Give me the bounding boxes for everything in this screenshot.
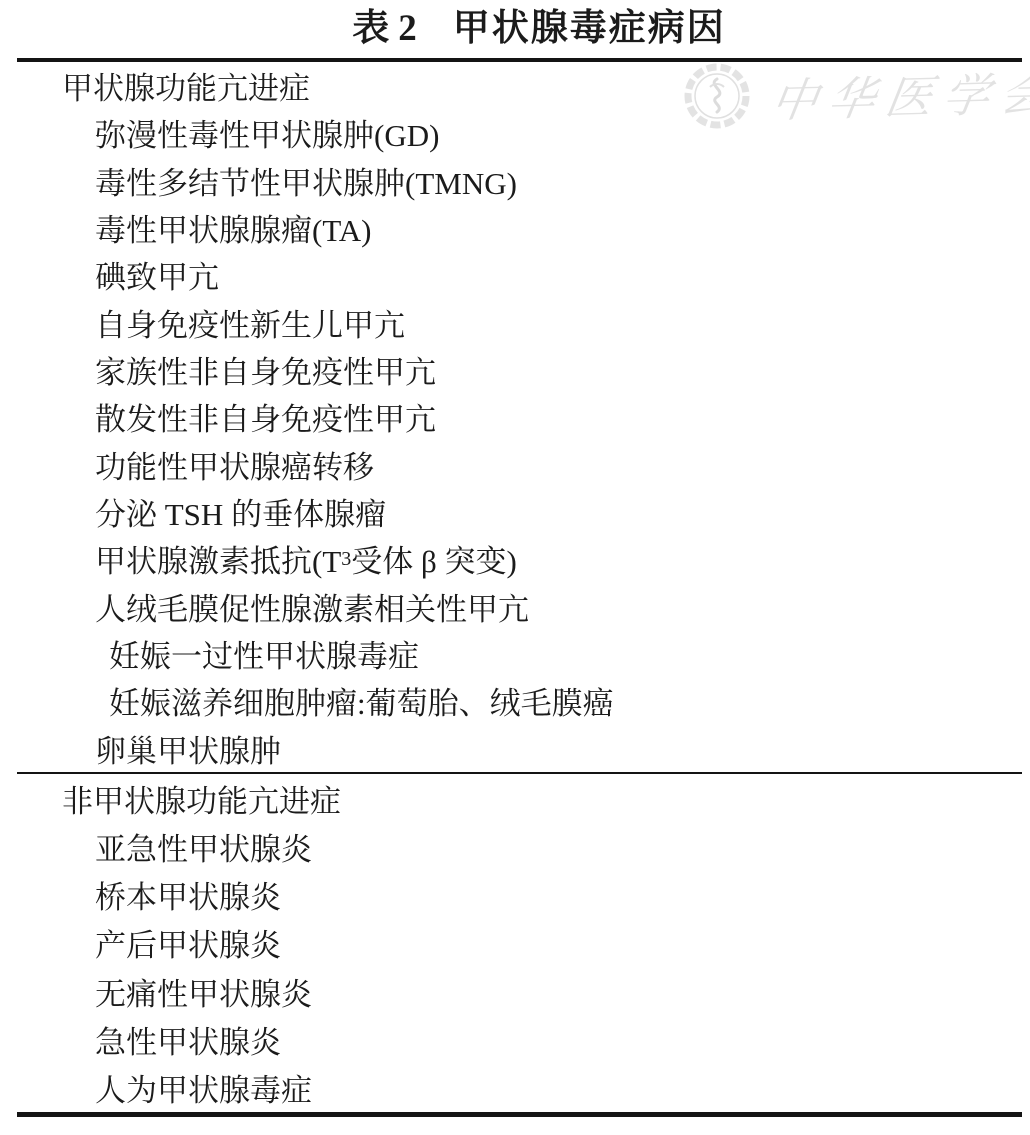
row-text: 碘致甲亢 bbox=[95, 252, 219, 297]
row-text-post: 受体 β 突变) bbox=[351, 536, 517, 581]
row-text: 毒性多结节性甲状腺肿(TMNG) bbox=[95, 158, 517, 203]
table-row: 桥本甲状腺炎 bbox=[0, 871, 1030, 919]
row-text: 自身免疫性新生儿甲亢 bbox=[95, 300, 405, 345]
table-row: 碘致甲亢 bbox=[0, 251, 1030, 298]
table-caption-title: 甲状腺毒症病因 bbox=[453, 8, 726, 49]
table-row: 妊娠滋养细胞肿瘤:葡萄胎、绒毛膜癌 bbox=[0, 677, 1030, 724]
table-row: 分泌 TSH 的垂体腺瘤 bbox=[0, 488, 1030, 535]
row-text: 卵巢甲状腺肿 bbox=[95, 726, 281, 771]
row-text: 甲状腺功能亢进症 bbox=[62, 63, 310, 108]
table-row: 亚急性甲状腺炎 bbox=[0, 822, 1030, 870]
row-text: 桥本甲状腺炎 bbox=[95, 872, 281, 917]
row-text: 人绒毛膜促性腺激素相关性甲亢 bbox=[95, 584, 529, 629]
table-row: 无痛性甲状腺炎 bbox=[0, 967, 1030, 1015]
row-text: 亚急性甲状腺炎 bbox=[95, 824, 312, 869]
table-bottom-rule bbox=[17, 1112, 1022, 1117]
row-text: 产后甲状腺炎 bbox=[95, 920, 281, 965]
row-text-pre: 甲状腺激素抵抗(T bbox=[95, 536, 341, 581]
row-text: 弥漫性毒性甲状腺肿(GD) bbox=[95, 110, 439, 155]
row-text: 无痛性甲状腺炎 bbox=[95, 969, 312, 1014]
table-row: 甲状腺激素抵抗(T3受体 β 突变) bbox=[0, 535, 1030, 582]
row-text: 散发性非自身免疫性甲亢 bbox=[95, 394, 436, 439]
row-text: 家族性非自身免疫性甲亢 bbox=[95, 347, 436, 392]
table-caption-number: 2 bbox=[398, 8, 417, 49]
journal-table-page: 表2甲状腺毒症病因 中华医学会 甲状腺功能亢进症 弥漫性毒性甲状腺肿(GD) 毒… bbox=[0, 0, 1030, 1135]
row-text: 非甲状腺功能亢进症 bbox=[62, 776, 341, 821]
table-row: 散发性非自身免疫性甲亢 bbox=[0, 393, 1030, 440]
table-row: 功能性甲状腺癌转移 bbox=[0, 441, 1030, 488]
row-text: 妊娠滋养细胞肿瘤:葡萄胎、绒毛膜癌 bbox=[109, 678, 614, 723]
row-text: 急性甲状腺炎 bbox=[95, 1017, 281, 1062]
table-row: 人为甲状腺毒症 bbox=[0, 1064, 1030, 1112]
table-row: 卵巢甲状腺肿 bbox=[0, 725, 1030, 772]
table-section-hyperthyroidism: 甲状腺功能亢进症 弥漫性毒性甲状腺肿(GD) 毒性多结节性甲状腺肿(TMNG) … bbox=[0, 62, 1030, 772]
row-text: 毒性甲状腺腺瘤(TA) bbox=[95, 205, 372, 250]
row-text: 妊娠一过性甲状腺毒症 bbox=[109, 631, 419, 676]
table-row: 人绒毛膜促性腺激素相关性甲亢 bbox=[0, 583, 1030, 630]
table-row: 自身免疫性新生儿甲亢 bbox=[0, 299, 1030, 346]
table-row: 产后甲状腺炎 bbox=[0, 919, 1030, 967]
table-caption: 表2甲状腺毒症病因 bbox=[24, 6, 1030, 51]
table-row: 毒性多结节性甲状腺肿(TMNG) bbox=[0, 157, 1030, 204]
table-caption-label: 表 bbox=[352, 7, 389, 48]
table-row: 急性甲状腺炎 bbox=[0, 1015, 1030, 1063]
table-row: 弥漫性毒性甲状腺肿(GD) bbox=[0, 109, 1030, 156]
table-row: 家族性非自身免疫性甲亢 bbox=[0, 346, 1030, 393]
table-row: 甲状腺功能亢进症 bbox=[0, 62, 1030, 109]
table-row: 妊娠一过性甲状腺毒症 bbox=[0, 630, 1030, 677]
row-text: 功能性甲状腺癌转移 bbox=[95, 442, 374, 487]
table-row: 毒性甲状腺腺瘤(TA) bbox=[0, 204, 1030, 251]
row-text: 人为甲状腺毒症 bbox=[95, 1065, 312, 1110]
row-text: 分泌 TSH 的垂体腺瘤 bbox=[95, 489, 386, 534]
table-row: 非甲状腺功能亢进症 bbox=[0, 774, 1030, 822]
table-section-non-hyperthyroidism: 非甲状腺功能亢进症 亚急性甲状腺炎 桥本甲状腺炎 产后甲状腺炎 无痛性甲状腺炎 … bbox=[0, 774, 1030, 1112]
